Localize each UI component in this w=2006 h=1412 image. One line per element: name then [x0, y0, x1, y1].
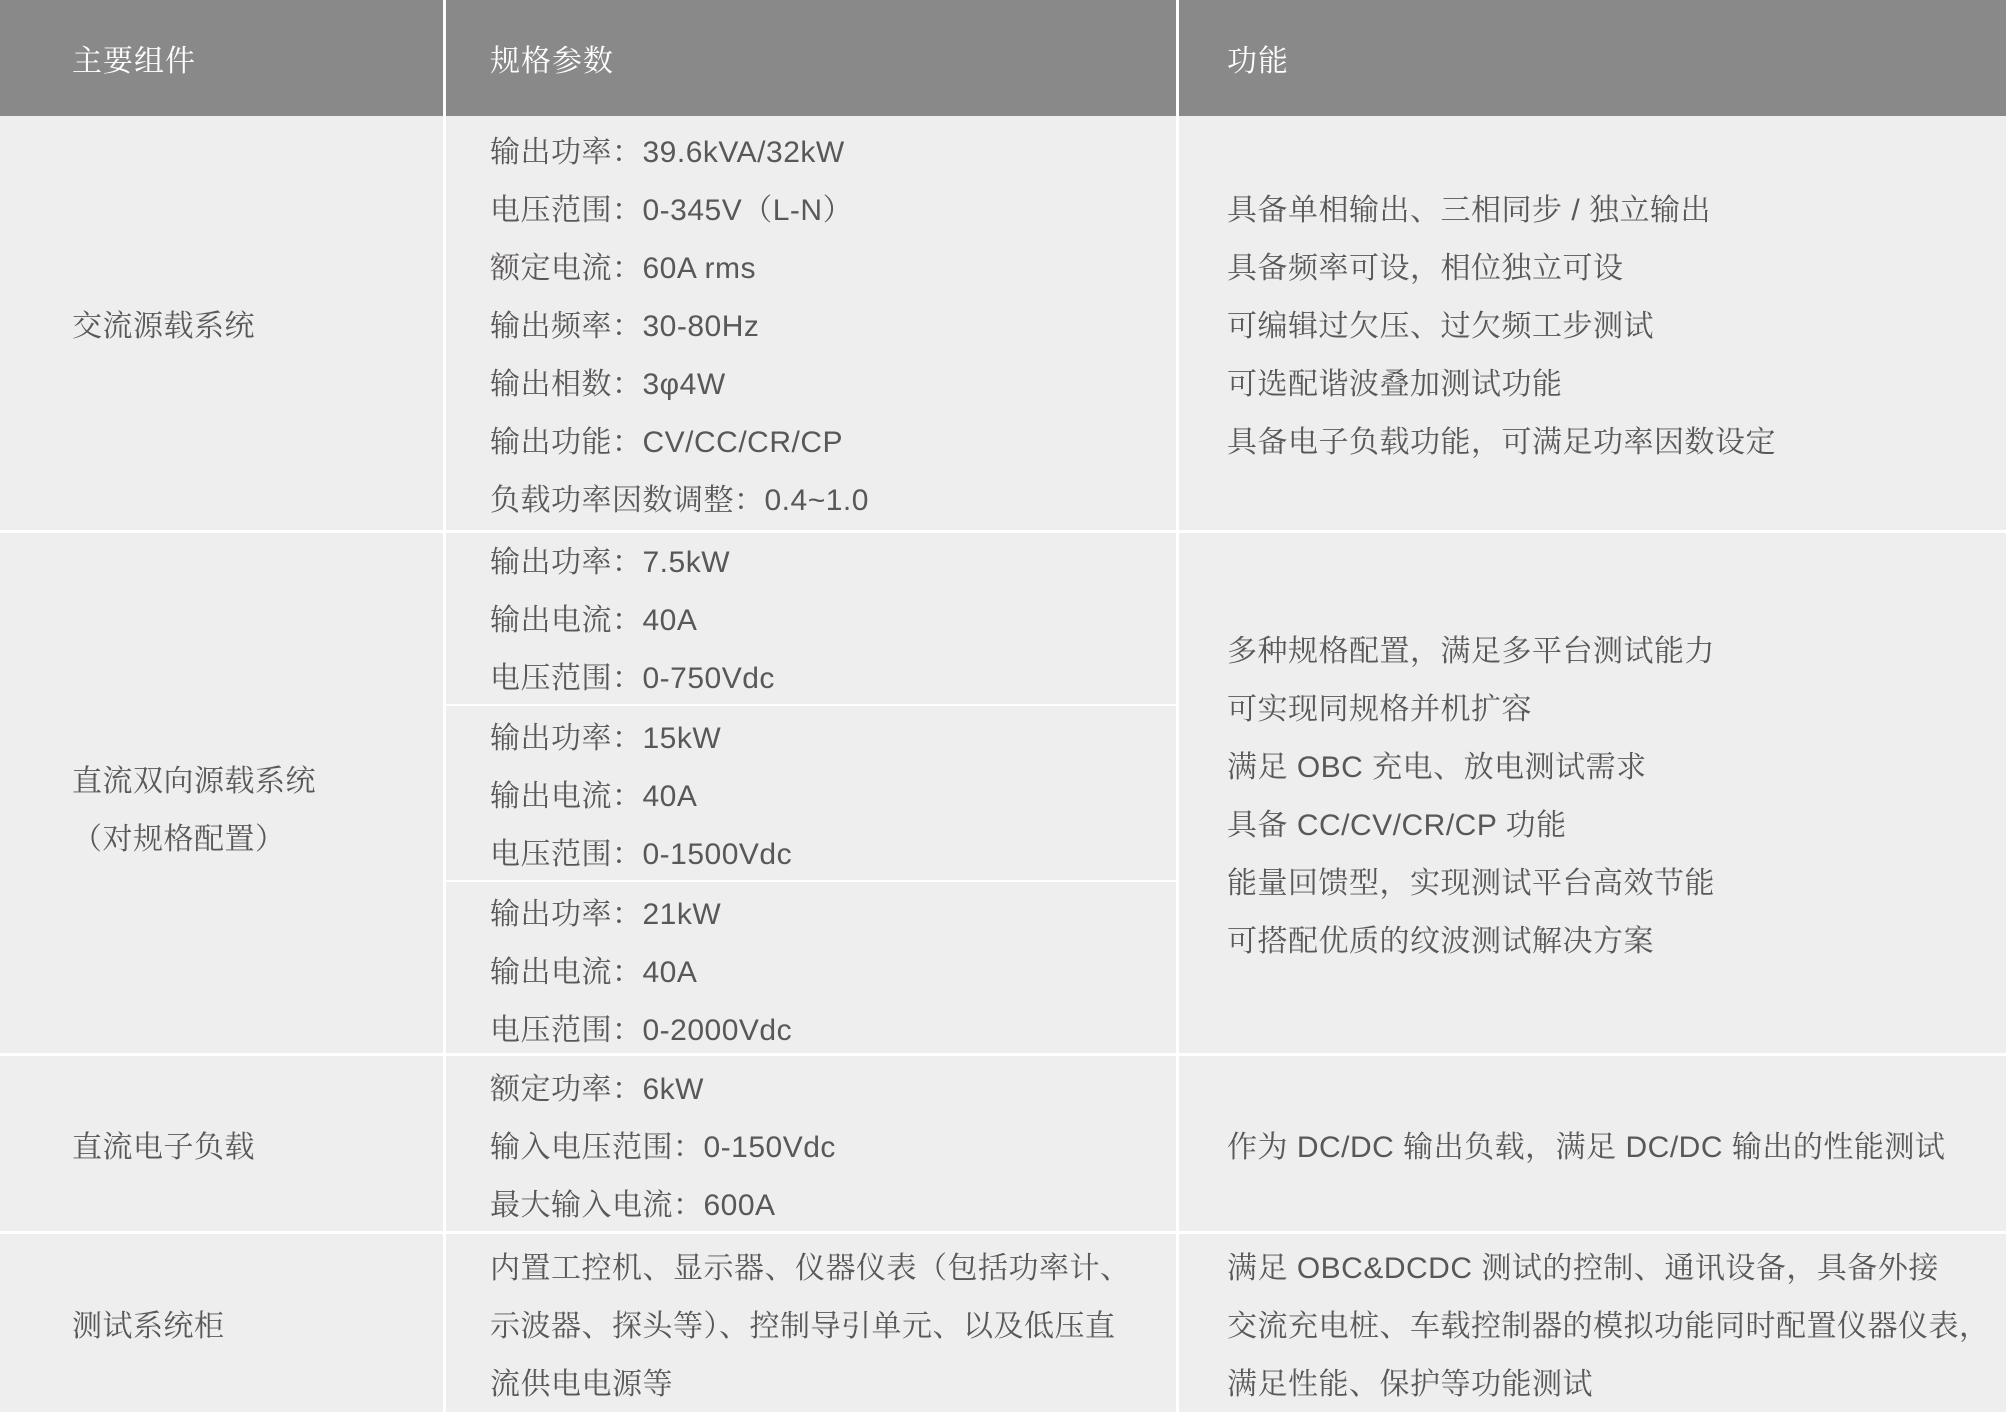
component-name: 交流源载系统 [0, 294, 443, 352]
function-line: 具备 CC/CV/CR/CP 功能 [1179, 793, 2006, 851]
header-cell-functions: 功能 [1179, 0, 2006, 116]
spec-line: 示波器、探头等）、控制导引单元、以及低压直 [446, 1294, 1176, 1352]
spec-line: 输出电流：40A [446, 588, 1176, 646]
component-cell-dc-bidirectional: 直流双向源载系统 （对规格配置） [0, 530, 446, 1053]
spec-line: 输出相数：3φ4W [446, 352, 1176, 410]
function-line: 能量回馈型，实现测试平台高效节能 [1179, 851, 2006, 909]
spec-cell-ac-source-load: 输出功率：39.6kVA/32kW 电压范围：0-345V（L-N） 额定电流：… [446, 116, 1179, 530]
header-cell-specs: 规格参数 [446, 0, 1179, 116]
spec-line: 输出功率：15kW [446, 706, 1176, 764]
spec-line: 输出功能：CV/CC/CR/CP [446, 410, 1176, 468]
spec-cell-dc-electronic-load: 额定功率：6kW 输入电压范围：0-150Vdc 最大输入电流：600A [446, 1053, 1179, 1231]
function-line: 具备频率可设，相位独立可设 [1179, 236, 2006, 294]
component-name: 直流电子负载 [0, 1115, 443, 1173]
spec-group-15kw: 输出功率：15kW 输出电流：40A 电压范围：0-1500Vdc [446, 704, 1176, 880]
function-line: 可选配谐波叠加测试功能 [1179, 352, 2006, 410]
spec-line: 负载功率因数调整：0.4~1.0 [446, 468, 1176, 526]
function-line: 交流充电桩、车载控制器的模拟功能同时配置仪器仪表， [1179, 1294, 2006, 1352]
function-cell-dc-bidirectional: 多种规格配置，满足多平台测试能力 可实现同规格并机扩容 满足 OBC 充电、放电… [1179, 530, 2006, 1053]
component-cell-ac-source-load: 交流源载系统 [0, 116, 446, 530]
spec-line: 输入电压范围：0-150Vdc [446, 1115, 1176, 1173]
function-cell-test-system-cabinet: 满足 OBC&DCDC 测试的控制、通讯设备，具备外接 交流充电桩、车载控制器的… [1179, 1231, 2006, 1412]
component-cell-dc-electronic-load: 直流电子负载 [0, 1053, 446, 1231]
function-line: 具备单相输出、三相同步 / 独立输出 [1179, 178, 2006, 236]
spec-line: 内置工控机、显示器、仪器仪表（包括功率计、 [446, 1236, 1176, 1294]
component-spec-table: 主要组件 规格参数 功能 交流源载系统 输出功率：39.6kVA/32kW 电压… [0, 0, 2006, 1412]
spec-line: 流供电电源等 [446, 1352, 1176, 1410]
component-name: 直流双向源载系统 [0, 749, 443, 807]
spec-cell-dc-bidirectional: 输出功率：7.5kW 输出电流：40A 电压范围：0-750Vdc 输出功率：1… [446, 530, 1179, 1053]
component-name: 测试系统柜 [0, 1294, 443, 1352]
spec-line: 电压范围：0-750Vdc [446, 646, 1176, 704]
function-line: 满足 OBC 充电、放电测试需求 [1179, 735, 2006, 793]
function-cell-dc-electronic-load: 作为 DC/DC 输出负载，满足 DC/DC 输出的性能测试 [1179, 1053, 2006, 1231]
function-line: 多种规格配置，满足多平台测试能力 [1179, 619, 2006, 677]
component-cell-test-system-cabinet: 测试系统柜 [0, 1231, 446, 1412]
spec-group-21kw: 输出功率：21kW 输出电流：40A 电压范围：0-2000Vdc [446, 880, 1176, 1053]
spec-line: 输出电流：40A [446, 764, 1176, 822]
header-cell-components: 主要组件 [0, 0, 446, 116]
function-line: 可实现同规格并机扩容 [1179, 677, 2006, 735]
function-line: 满足 OBC&DCDC 测试的控制、通讯设备，具备外接 [1179, 1236, 2006, 1294]
header-components-label: 主要组件 [0, 29, 443, 87]
spec-line: 电压范围：0-2000Vdc [446, 998, 1176, 1053]
function-line: 可编辑过欠压、过欠频工步测试 [1179, 294, 2006, 352]
component-name-note: （对规格配置） [0, 807, 443, 865]
spec-line: 输出频率：30-80Hz [446, 294, 1176, 352]
function-cell-ac-source-load: 具备单相输出、三相同步 / 独立输出 具备频率可设，相位独立可设 可编辑过欠压、… [1179, 116, 2006, 530]
spec-cell-test-system-cabinet: 内置工控机、显示器、仪器仪表（包括功率计、 示波器、探头等）、控制导引单元、以及… [446, 1231, 1179, 1412]
spec-line: 电压范围：0-1500Vdc [446, 822, 1176, 880]
function-line: 满足性能、保护等功能测试 [1179, 1352, 2006, 1410]
function-line: 作为 DC/DC 输出负载，满足 DC/DC 输出的性能测试 [1179, 1115, 2006, 1173]
header-functions-label: 功能 [1179, 29, 2006, 87]
spec-line: 额定电流：60A rms [446, 236, 1176, 294]
spec-line: 额定功率：6kW [446, 1057, 1176, 1115]
spec-line: 输出电流：40A [446, 940, 1176, 998]
spec-line: 最大输入电流：600A [446, 1173, 1176, 1231]
function-line: 可搭配优质的纹波测试解决方案 [1179, 909, 2006, 967]
spec-line: 输出功率：39.6kVA/32kW [446, 120, 1176, 178]
function-line: 具备电子负载功能，可满足功率因数设定 [1179, 410, 2006, 468]
spec-line: 输出功率：7.5kW [446, 530, 1176, 588]
spec-line: 输出功率：21kW [446, 882, 1176, 940]
spec-group-7-5kw: 输出功率：7.5kW 输出电流：40A 电压范围：0-750Vdc [446, 530, 1176, 704]
spec-line: 电压范围：0-345V（L-N） [446, 178, 1176, 236]
header-specs-label: 规格参数 [446, 29, 1176, 87]
